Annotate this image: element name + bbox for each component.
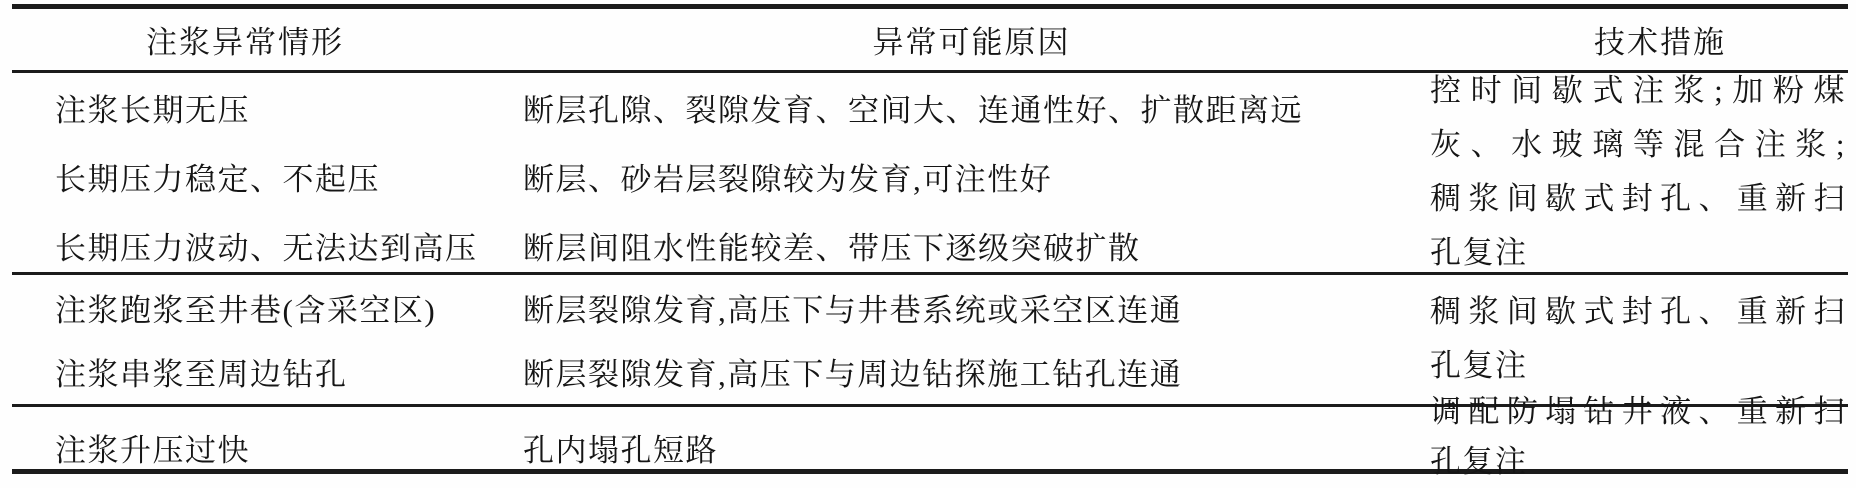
situation-cell: 注浆升压过快 xyxy=(0,407,490,487)
table-group-3: 注浆升压过快 孔内塌孔短路 调配防塌钻井液、重新扫 孔复注 xyxy=(0,407,1856,469)
cause-cell: 断层、砂岩层裂隙较为发育,可注性好 xyxy=(490,142,1395,211)
group1-measure-cell: 控时间歇式注浆;加粉煤 灰、水玻璃等混合注浆; 稠浆间歇式封孔、重新扫 孔复注 xyxy=(1395,64,1856,280)
group1-cause-column: 断层孔隙、裂隙发育、空间大、连通性好、扩散距离远 断层、砂岩层裂隙较为发育,可注… xyxy=(490,73,1395,280)
measure-line: 稠浆间歇式封孔、重新扫 xyxy=(1430,172,1846,226)
group2-situation-column: 注浆跑浆至井巷(含采空区) 注浆串浆至周边钻孔 xyxy=(0,275,490,404)
group3-cause-column: 孔内塌孔短路 xyxy=(490,407,1395,487)
measure-line: 孔复注 xyxy=(1430,339,1846,393)
grouting-anomaly-table: 注浆异常情形 异常可能原因 技术措施 注浆长期无压 长期压力稳定、不起压 长期压… xyxy=(0,0,1856,488)
situation-cell: 长期压力稳定、不起压 xyxy=(0,142,490,211)
cause-cell: 断层孔隙、裂隙发育、空间大、连通性好、扩散距离远 xyxy=(490,73,1395,142)
header-cause: 异常可能原因 xyxy=(490,17,1395,62)
situation-cell: 注浆串浆至周边钻孔 xyxy=(0,340,490,405)
cause-cell: 断层裂隙发育,高压下与井巷系统或采空区连通 xyxy=(490,275,1395,340)
group1-situation-column: 注浆长期无压 长期压力稳定、不起压 长期压力波动、无法达到高压 xyxy=(0,73,490,280)
group2-cause-column: 断层裂隙发育,高压下与井巷系统或采空区连通 断层裂隙发育,高压下与周边钻探施工钻… xyxy=(490,275,1395,404)
measure-line: 孔复注 xyxy=(1430,226,1846,280)
cause-cell: 断层裂隙发育,高压下与周边钻探施工钻孔连通 xyxy=(490,340,1395,405)
table-header-row: 注浆异常情形 异常可能原因 技术措施 xyxy=(0,9,1856,70)
situation-cell: 注浆跑浆至井巷(含采空区) xyxy=(0,275,490,340)
measure-line: 调配防塌钻井液、重新扫 xyxy=(1430,387,1846,437)
header-measure: 技术措施 xyxy=(1395,17,1856,62)
measure-line: 灰、水玻璃等混合注浆; xyxy=(1430,118,1846,172)
measure-line: 稠浆间歇式封孔、重新扫 xyxy=(1430,285,1846,339)
situation-cell: 长期压力波动、无法达到高压 xyxy=(0,211,490,280)
measure-line: 孔复注 xyxy=(1430,437,1846,487)
group3-situation-column: 注浆升压过快 xyxy=(0,407,490,487)
table-group-2: 注浆跑浆至井巷(含采空区) 注浆串浆至周边钻孔 断层裂隙发育,高压下与井巷系统或… xyxy=(0,275,1856,404)
situation-cell: 注浆长期无压 xyxy=(0,73,490,142)
header-situation: 注浆异常情形 xyxy=(0,17,490,62)
group3-measure-cell: 调配防塌钻井液、重新扫 孔复注 xyxy=(1395,387,1856,487)
cause-cell: 孔内塌孔短路 xyxy=(490,407,1395,487)
cause-cell: 断层间阻水性能较差、带压下逐级突破扩散 xyxy=(490,211,1395,280)
measure-line: 控时间歇式注浆;加粉煤 xyxy=(1430,64,1846,118)
table-group-1: 注浆长期无压 长期压力稳定、不起压 长期压力波动、无法达到高压 断层孔隙、裂隙发… xyxy=(0,73,1856,272)
